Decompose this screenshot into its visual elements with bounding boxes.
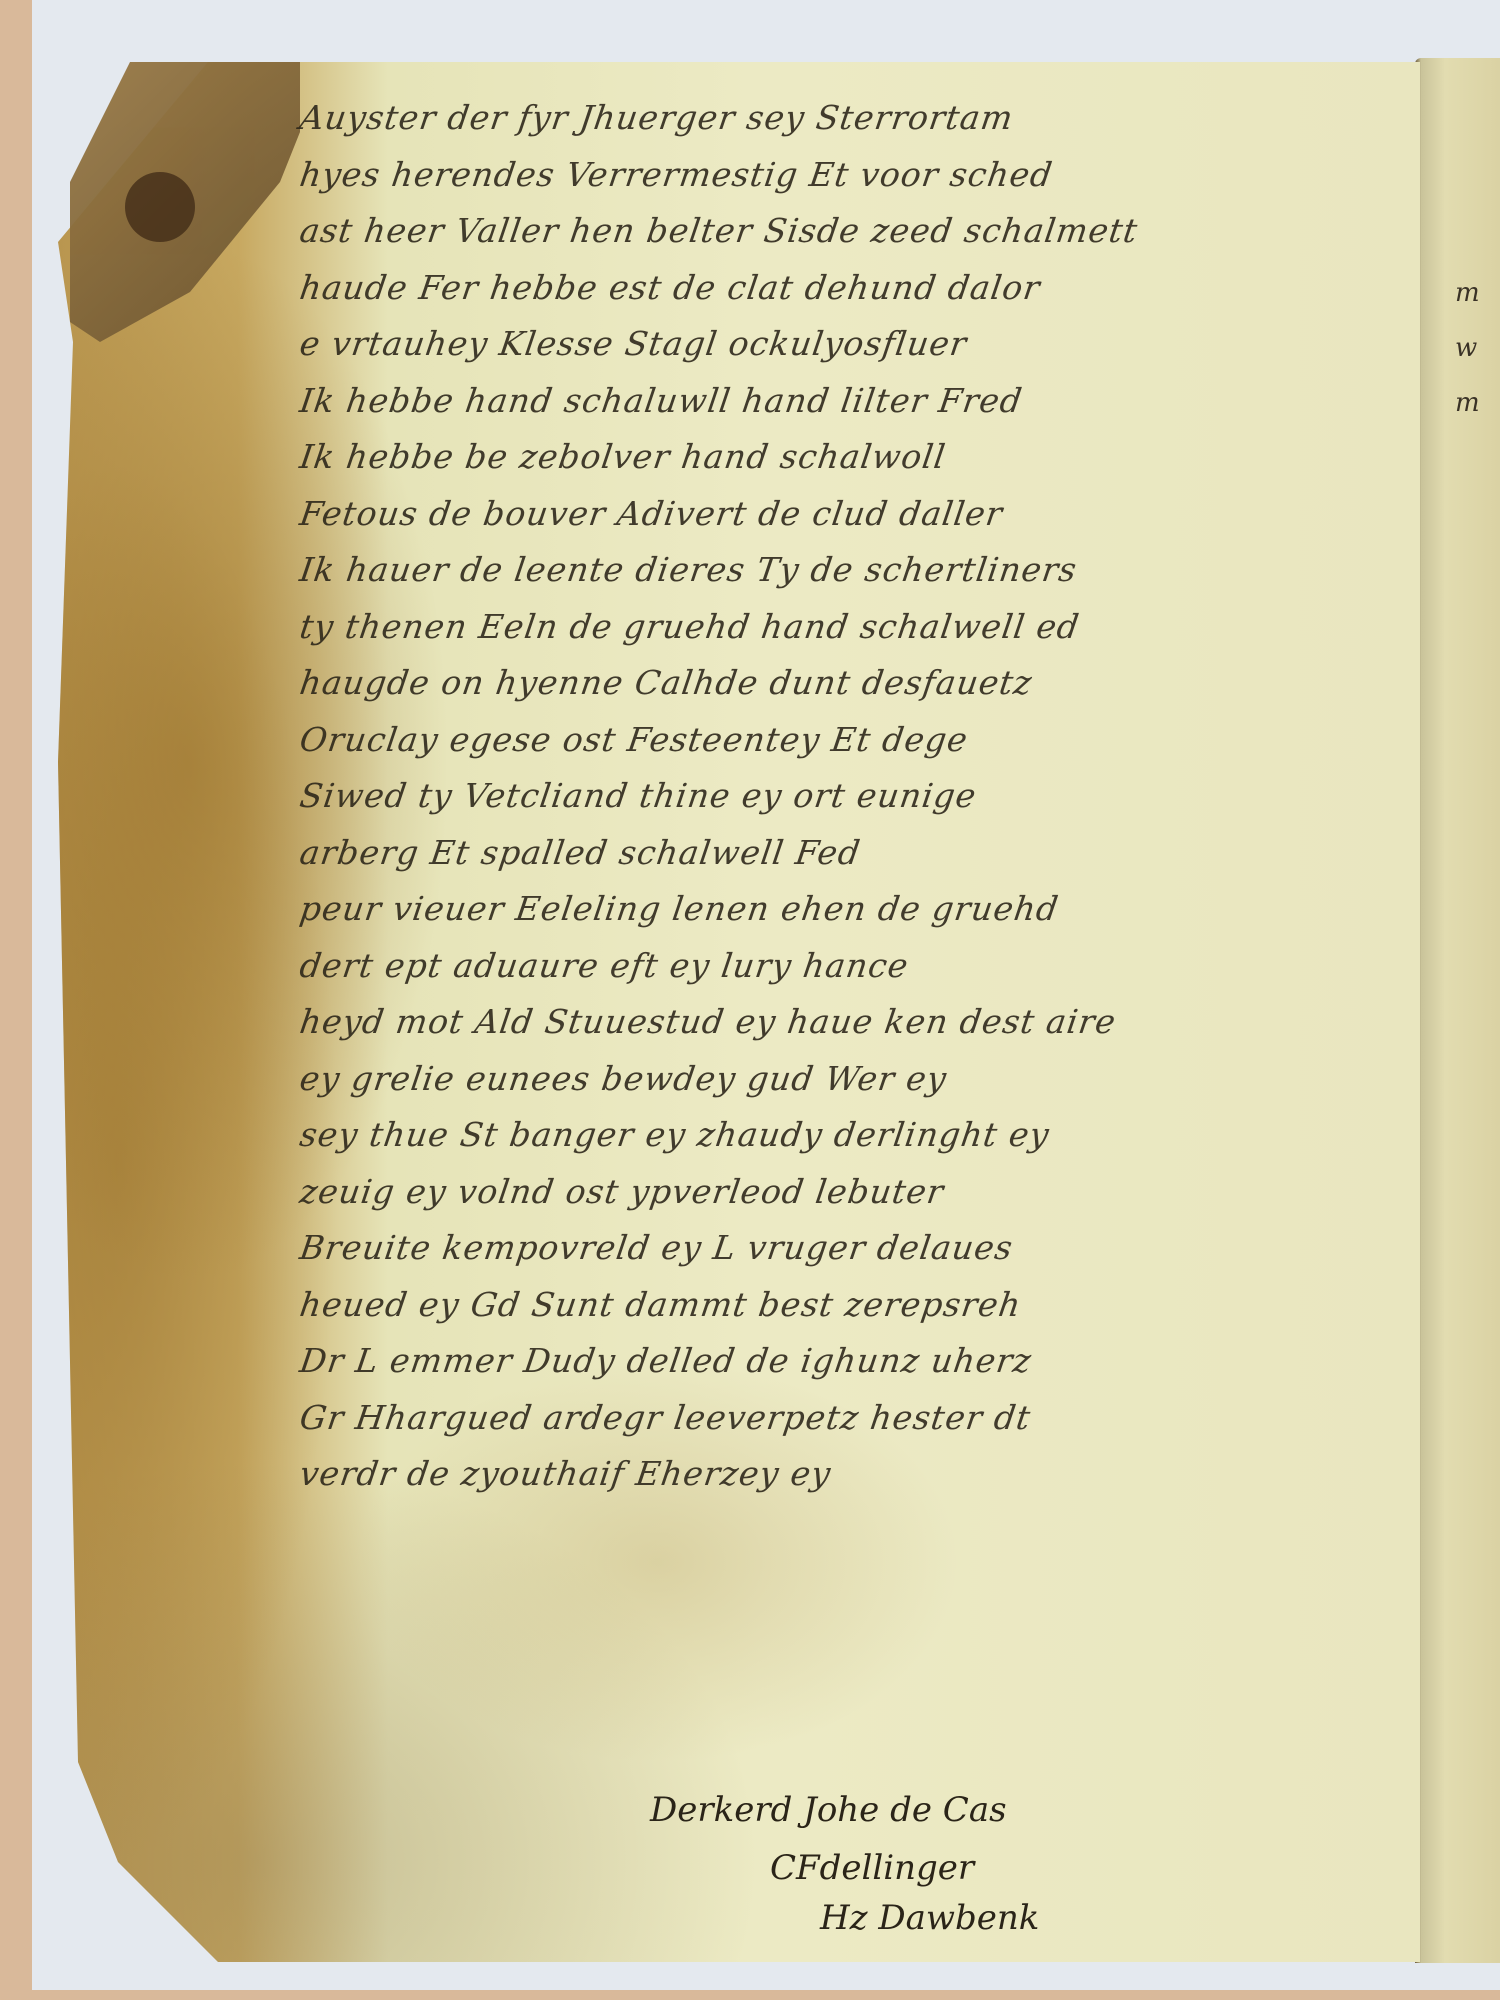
text-line: ast heer Valler hen belter Sisde zeed sc…	[296, 203, 1414, 260]
text-line: Oruclay egese ost Festeentey Et dege	[296, 712, 1414, 769]
manuscript-text: Auyster der fyr Jhuerger sey Sterrortam …	[300, 90, 1410, 1503]
adjacent-page-fragment: m	[1455, 388, 1480, 418]
text-line: zeuig ey volnd ost ypverleod lebuter	[296, 1164, 1414, 1221]
text-line: e vrtauhey Klesse Stagl ockulyosfluer	[296, 316, 1414, 373]
adjacent-page-fragment: m	[1455, 278, 1480, 308]
signature-block: Derkerd Johe de Cas CFdellinger Hz Dawbe…	[640, 1790, 1340, 1950]
text-line: Fetous de bouver Adivert de clud daller	[296, 486, 1414, 543]
ink-stain	[125, 172, 195, 242]
text-line: heued ey Gd Sunt dammt best zerepsreh	[296, 1277, 1414, 1334]
signature: Hz Dawbenk	[820, 1898, 1039, 1938]
text-line: Auyster der fyr Jhuerger sey Sterrortam	[296, 90, 1414, 147]
text-line: ty thenen Eeln de gruehd hand schalwell …	[296, 599, 1414, 656]
signature: CFdellinger	[770, 1848, 974, 1888]
text-line: verdr de zyouthaif Eherzey ey	[296, 1446, 1414, 1503]
text-line: Ik hauer de leente dieres Ty de schertli…	[296, 542, 1414, 599]
adjacent-page-fragment: w	[1455, 333, 1477, 363]
text-line: haude Fer hebbe est de clat dehund dalor	[296, 260, 1414, 317]
text-line: Gr Hhargued ardegr leeverpetz hester dt	[296, 1390, 1414, 1447]
text-line: arberg Et spalled schalwell Fed	[296, 825, 1414, 882]
text-line: haugde on hyenne Calhde dunt desfauetz	[296, 655, 1414, 712]
text-line: peur vieuer Eeleling lenen ehen de grueh…	[296, 881, 1414, 938]
text-line: ey grelie eunees bewdey gud Wer ey	[296, 1051, 1414, 1108]
adjacent-page: m w m	[1415, 58, 1500, 1963]
text-line: Ik hebbe hand schaluwll hand lilter Fred	[296, 373, 1414, 430]
text-line: Dr L emmer Dudy delled de ighunz uherz	[296, 1333, 1414, 1390]
text-line: Siwed ty Vetcliand thine ey ort eunige	[296, 768, 1414, 825]
text-line: dert ept aduaure eft ey lury hance	[296, 938, 1414, 995]
text-line: sey thue St banger ey zhaudy derlinght e…	[296, 1107, 1414, 1164]
text-line: heyd mot Ald Stuuestud ey haue ken dest …	[296, 994, 1414, 1051]
text-line: hyes herendes Verrermestig Et voor sched	[296, 147, 1414, 204]
text-line: Breuite kempovreld ey L vruger delaues	[296, 1220, 1414, 1277]
frame-edge-left	[0, 0, 32, 2000]
signature: Derkerd Johe de Cas	[650, 1790, 1007, 1830]
frame-edge-bottom	[0, 1990, 1500, 2000]
text-line: Ik hebbe be zebolver hand schalwoll	[296, 429, 1414, 486]
